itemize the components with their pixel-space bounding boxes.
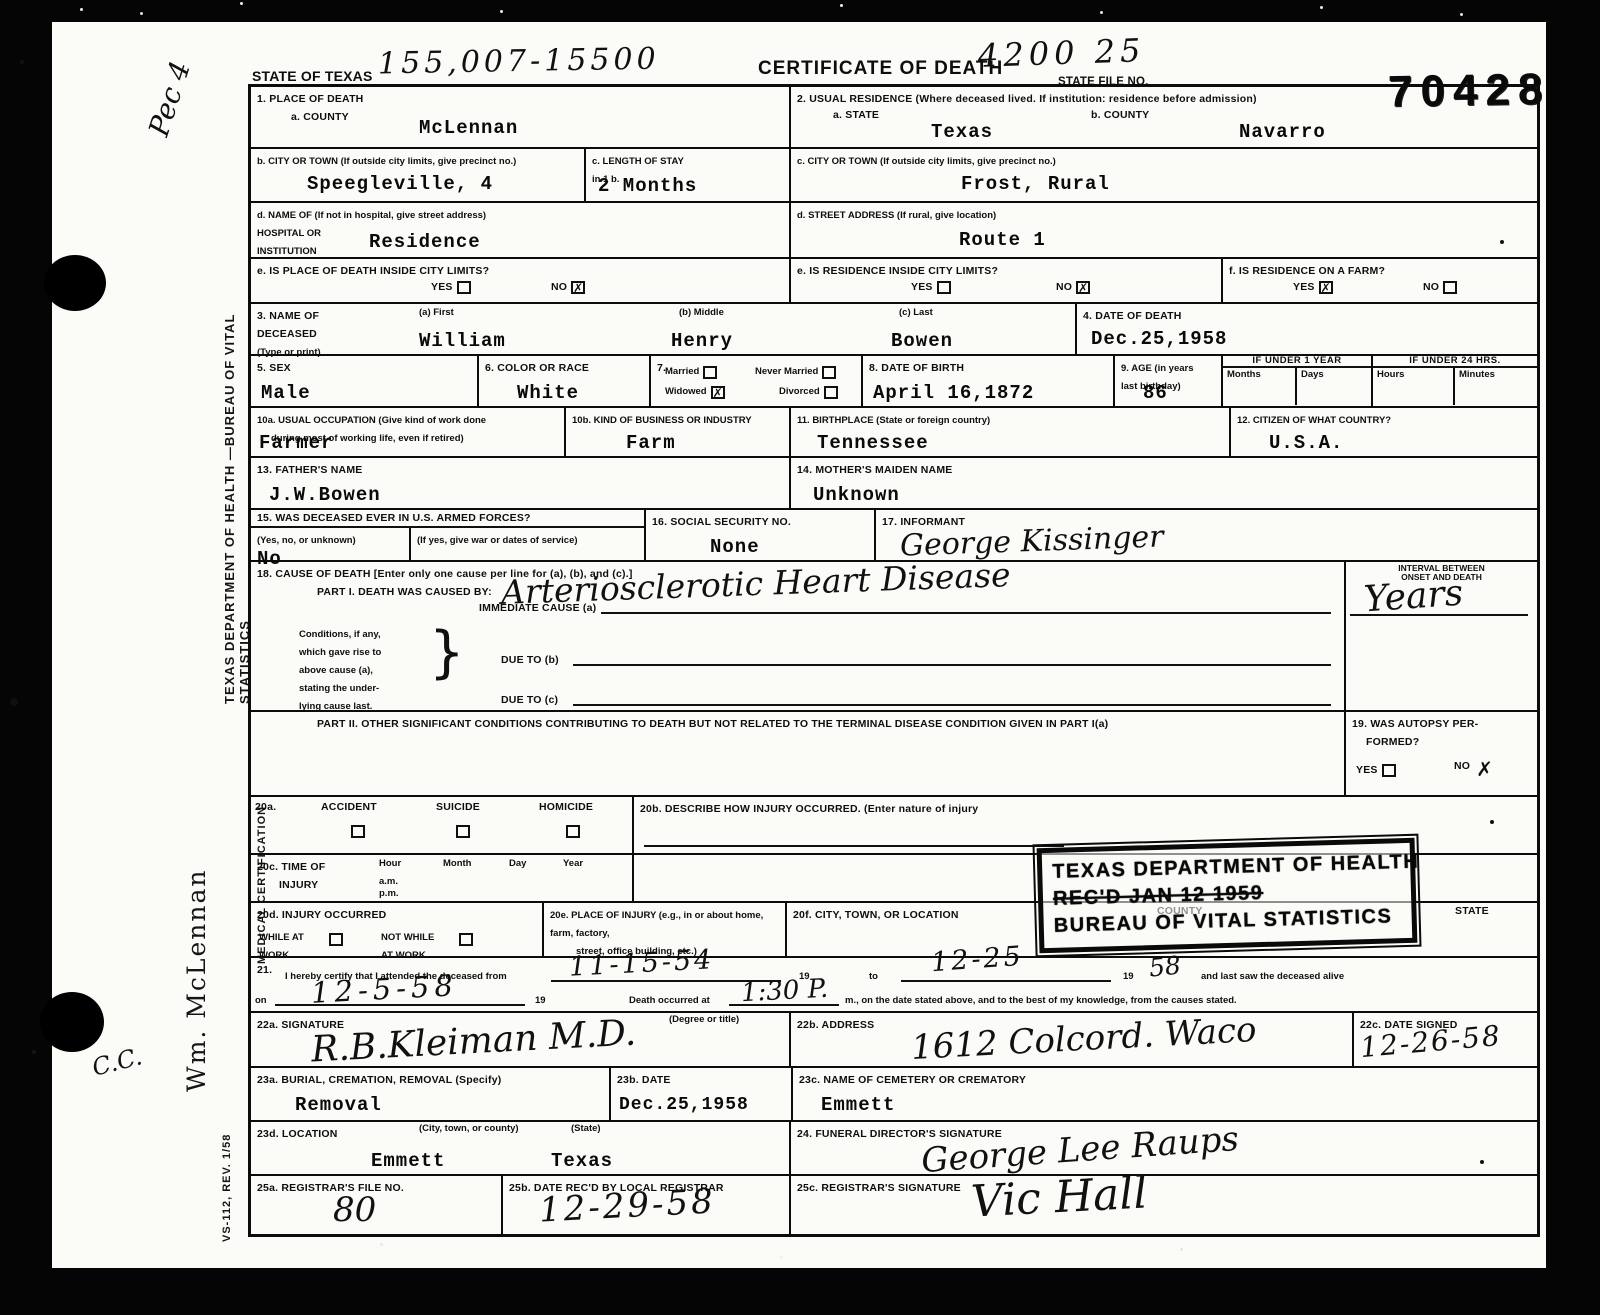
registrar-signature-label: 25c. REGISTRAR'S SIGNATURE <box>797 1182 961 1194</box>
conditions-brace: } <box>429 620 465 685</box>
under-24-hrs-label: IF UNDER 24 HRS. <box>1373 356 1537 368</box>
marital-divorced: Divorced <box>779 386 838 399</box>
under-1-year-cols: Months Days <box>1223 368 1371 405</box>
burial-location-label: 23d. LOCATION <box>257 1128 338 1140</box>
death-city-value: Speegleville, 4 <box>307 175 493 194</box>
hole-punch-top <box>44 255 106 311</box>
checkbox-suicide <box>456 825 470 838</box>
checkbox-not-while-at-work <box>459 933 473 946</box>
cert-year2-hw: 58 <box>1148 950 1183 982</box>
marital-married: Married <box>665 366 717 379</box>
burial-date-label: 23b. DATE <box>617 1074 671 1086</box>
birthplace-value: Tennessee <box>817 434 929 453</box>
residence-farm-label: f. IS RESIDENCE ON A FARM? <box>1229 265 1385 277</box>
street-address-label: d. STREET ADDRESS (If rural, give locati… <box>797 210 996 221</box>
field-race: 6. COLOR OR RACE White <box>479 356 651 406</box>
age-value: 86 <box>1143 384 1168 403</box>
field-informant: 17. INFORMANT George Kissinger <box>876 510 1537 560</box>
widowed-label: Widowed <box>665 387 707 397</box>
degree-label: (Degree or title) <box>669 1015 739 1025</box>
burial-date-value: Dec.25,1958 <box>619 1096 749 1114</box>
cert-from-value: 11-15-54 <box>568 944 715 983</box>
field-length-of-stay: c. LENGTH OF STAY in 1 b. 2 Months <box>586 149 791 201</box>
industry-value: Farm <box>626 434 676 453</box>
hospital-value: Residence <box>369 233 481 252</box>
middle-name-value: Henry <box>671 332 733 351</box>
due-to-b-line <box>573 664 1331 666</box>
day-label: Day <box>509 859 526 869</box>
autopsy-label2: FORMED? <box>1366 736 1419 748</box>
county-value: McLennan <box>419 119 518 138</box>
date-of-death-value: Dec.25,1958 <box>1091 330 1227 349</box>
burial-city-value: Emmett <box>371 1152 445 1171</box>
marital-widowed: Widowed✗ <box>665 386 725 399</box>
conditions-line2: which gave rise to <box>299 647 381 658</box>
row-name-dod: 3. NAME OF DECEASED (Type or print) (a) … <box>251 304 1537 356</box>
checkbox-while-at-work <box>329 933 343 946</box>
black-speckles <box>20 60 24 64</box>
mother-name-label: 14. MOTHER'S MAIDEN NAME <box>797 464 952 476</box>
ssn-value: None <box>710 538 760 557</box>
time-injury-label1: 20c. TIME OF <box>257 861 325 873</box>
field-burial-location: 23d. LOCATION (City, town, or county) (S… <box>251 1122 791 1174</box>
row-registrar: 25a. REGISTRAR'S FILE NO. 80 25b. DATE R… <box>251 1176 1537 1234</box>
residence-limits-no: NO✗ <box>1056 281 1090 294</box>
while-label1: WHILE AT <box>259 932 304 943</box>
field-registrar-file-no: 25a. REGISTRAR'S FILE NO. 80 <box>251 1176 503 1234</box>
handwritten-state-file-number: 4200 25 <box>977 31 1146 75</box>
checkbox-accident <box>351 825 365 838</box>
field-sex: 5. SEX Male <box>251 356 479 406</box>
part2-label: PART II. OTHER SIGNIFICANT CONDITIONS CO… <box>317 718 1108 730</box>
burial-type-value: Removal <box>295 1096 382 1115</box>
field-registrar-signature: 25c. REGISTRAR'S SIGNATURE Vic Hall <box>791 1176 1537 1234</box>
death-limits-no: NO✗ <box>551 281 585 294</box>
field-residence-city: c. CITY OR TOWN (If outside city limits,… <box>791 149 1537 201</box>
due-to-c-line <box>573 704 1331 706</box>
field-physician-signature: 22a. SIGNATURE (Degree or title) R.B.Kle… <box>251 1013 791 1066</box>
part1-label: PART I. DEATH WAS CAUSED BY: <box>317 586 492 598</box>
field-usual-residence: 2. USUAL RESIDENCE (Where deceased lived… <box>791 87 1537 147</box>
cert-on-label: on <box>255 996 267 1006</box>
length-of-stay-label: c. LENGTH OF STAY <box>592 156 684 167</box>
field-burial-date: 23b. DATE Dec.25,1958 <box>611 1068 793 1120</box>
residence-city-label: c. CITY OR TOWN (If outside city limits,… <box>797 156 1056 167</box>
occupation-value: Farmer <box>259 434 333 453</box>
field-if-under-24-hrs: IF UNDER 24 HRS. Hours Minutes <box>1373 356 1537 406</box>
hospital-label2: HOSPITAL OR <box>257 228 321 239</box>
injury-occurred-label: 20d. INJURY OCCURRED <box>257 909 386 921</box>
row-part2-autopsy: PART II. OTHER SIGNIFICANT CONDITIONS CO… <box>251 712 1537 797</box>
autopsy-label1: 19. WAS AUTOPSY PER- <box>1352 718 1478 730</box>
cemetery-name-value: Emmett <box>821 1096 895 1115</box>
checkbox-homicide <box>566 825 580 838</box>
ssn-label: 16. SOCIAL SECURITY NO. <box>652 516 791 528</box>
armed-forces-war: (If yes, give war or dates of service) <box>411 528 584 561</box>
notwhile-label1: NOT WHILE <box>381 932 434 943</box>
cert-year3: 19 <box>535 996 546 1006</box>
checkbox-farm-no <box>1443 281 1457 294</box>
death-city-label: b. CITY OR TOWN (If outside city limits,… <box>257 156 516 167</box>
citizen-value: U.S.A. <box>1269 434 1343 453</box>
field-name-of-deceased: 3. NAME OF DECEASED (Type or print) (a) … <box>251 304 1077 354</box>
field-place-of-death: 1. PLACE OF DEATH a. COUNTY McLennan <box>251 87 791 147</box>
field-industry: 10b. KIND OF BUSINESS OR INDUSTRY Farm <box>566 408 791 456</box>
row-place-residence: 1. PLACE OF DEATH a. COUNTY McLennan 2. … <box>251 87 1537 149</box>
days-label: Days <box>1297 368 1371 405</box>
burial-type-label: 23a. BURIAL, CREMATION, REMOVAL (Specify… <box>257 1074 501 1086</box>
no-label: NO <box>551 281 567 293</box>
last-name-value: Bowen <box>891 332 953 351</box>
injury-state-label: STATE <box>1455 905 1489 917</box>
race-value: White <box>517 384 579 403</box>
conditions-line3: above cause (a), <box>299 665 373 676</box>
row-burial: 23a. BURIAL, CREMATION, REMOVAL (Specify… <box>251 1068 1537 1122</box>
mother-name-value: Unknown <box>813 486 900 505</box>
suicide-label: SUICIDE <box>436 801 480 813</box>
registrar-date-value: 12-29-58 <box>538 1181 717 1230</box>
conditions-line1: Conditions, if any, <box>299 629 381 640</box>
marital-never: Never Married <box>755 366 836 379</box>
hour-label: Hour <box>379 859 401 869</box>
burial-location-sub2: (State) <box>571 1124 601 1134</box>
armed-forces-sub2: (If yes, give war or dates of service) <box>417 535 578 546</box>
checkbox-widowed: ✗ <box>711 386 725 399</box>
row-parents: 13. FATHER'S NAME J.W.Bowen 14. MOTHER'S… <box>251 458 1537 510</box>
hospital-label3: INSTITUTION <box>257 246 317 257</box>
row-burial-location: 23d. LOCATION (City, town, or county) (S… <box>251 1122 1537 1176</box>
field-cemetery-name: 23c. NAME OF CEMETERY OR CREMATORY Emmet… <box>793 1068 1537 1120</box>
place-of-death-label: 1. PLACE OF DEATH <box>257 93 363 105</box>
no-label: NO <box>1454 760 1470 772</box>
pm-label: p.m. <box>379 889 399 899</box>
residence-limits-yes: YES <box>911 281 951 294</box>
handwritten-certificate-number: 155,007-15500 <box>378 42 660 82</box>
residence-county-value: Navarro <box>1239 123 1326 142</box>
name-label2: DECEASED <box>257 328 317 340</box>
county-label: a. COUNTY <box>291 111 349 123</box>
cert-to-label: to <box>869 972 878 982</box>
burial-state-value: Texas <box>551 1152 613 1171</box>
checkbox-autopsy-no: ✗ <box>1474 760 1488 773</box>
death-limits-yes: YES <box>431 281 471 294</box>
field-armed-forces: 15. WAS DECEASED EVER IN U.S. ARMED FORC… <box>251 510 646 560</box>
immediate-cause-line <box>601 612 1331 614</box>
cert-death-at: Death occurred at <box>629 996 710 1006</box>
received-stamp: TEXAS DEPARTMENT OF HEALTH REC'D JAN 12 … <box>1037 838 1418 954</box>
registrar-file-value: 80 <box>333 1190 376 1230</box>
armed-forces-cols: (Yes, no, or unknown) No (If yes, give w… <box>251 528 644 561</box>
married-label: Married <box>665 367 699 377</box>
residence-state-label: a. STATE <box>833 109 879 121</box>
registrar-file-label: 25a. REGISTRAR'S FILE NO. <box>257 1182 404 1194</box>
row-physician-signature: 22a. SIGNATURE (Degree or title) R.B.Kle… <box>251 1013 1537 1068</box>
field-injury-occurred: 20d. INJURY OCCURRED WHILE AT WORK NOT W… <box>251 903 544 956</box>
row-occupation-birthplace: 10a. USUAL OCCUPATION (Give kind of work… <box>251 408 1537 458</box>
field-date-signed: 22c. DATE SIGNED 12-26-58 <box>1354 1013 1537 1066</box>
field-hospital: d. NAME OF (If not in hospital, give str… <box>251 203 791 257</box>
field-if-under-1-year: IF UNDER 1 YEAR Months Days <box>1223 356 1373 406</box>
armed-forces-answer: (Yes, no, or unknown) No <box>251 528 411 561</box>
cemetery-name-label: 23c. NAME OF CEMETERY OR CREMATORY <box>799 1074 1026 1086</box>
farm-no: NO <box>1423 281 1457 294</box>
field-date-of-birth: 8. DATE OF BIRTH April 16,1872 <box>863 356 1115 406</box>
row-sex-race-marital-birth: 5. SEX Male 6. COLOR OR RACE White 7. Ma… <box>251 356 1537 408</box>
conditions-line4: stating the under- <box>299 683 379 694</box>
length-of-stay-value: 2 Months <box>598 177 697 196</box>
field-physician-address: 22b. ADDRESS 1612 Colcord. Waco <box>791 1013 1354 1066</box>
residence-city-value: Frost, Rural <box>961 175 1110 194</box>
field-ssn: 16. SOCIAL SECURITY NO. None <box>646 510 876 560</box>
row-hospital-street: d. NAME OF (If not in hospital, give str… <box>251 203 1537 259</box>
state-of-texas-label: STATE OF TEXAS <box>252 68 373 84</box>
conditions-line5: lying cause last. <box>299 701 372 712</box>
margin-form-revision: VS-112, REV. 1/58 <box>221 1092 233 1242</box>
field-interval: INTERVAL BETWEEN ONSET AND DEATH Years <box>1346 562 1537 710</box>
field-death-city: b. CITY OR TOWN (If outside city limits,… <box>251 149 586 201</box>
yes-label: YES <box>431 281 453 293</box>
address-label: 22b. ADDRESS <box>797 1019 874 1031</box>
field-residence-farm: f. IS RESIDENCE ON A FARM? YES✗ NO <box>1223 259 1537 302</box>
field-time-of-injury: 20c. TIME OF INJURY Hour a.m. p.m. Month… <box>251 855 634 901</box>
field-marital-status: 7. Married Never Married Widowed✗ Divorc… <box>651 356 863 406</box>
father-name-value: J.W.Bowen <box>269 486 381 505</box>
divorced-label: Divorced <box>779 387 820 397</box>
row-certification: 21. I hereby certify that I attended the… <box>251 958 1537 1013</box>
farm-yes: YES✗ <box>1293 281 1333 294</box>
under-24-hrs-cols: Hours Minutes <box>1373 368 1537 405</box>
describe-injury-label: 20b. DESCRIBE HOW INJURY OCCURRED. (Ente… <box>640 803 978 815</box>
occupation-label1: 10a. USUAL OCCUPATION (Give kind of work… <box>257 415 486 426</box>
armed-forces-label: 15. WAS DECEASED EVER IN U.S. ARMED FORC… <box>251 510 644 528</box>
checkbox-death-limits-yes <box>457 281 471 294</box>
checkbox-divorced <box>824 386 838 399</box>
checkbox-death-limits-no: ✗ <box>571 281 585 294</box>
autopsy-no: NO✗ <box>1454 760 1488 773</box>
first-name-value: William <box>419 332 506 351</box>
checkbox-residence-limits-no: ✗ <box>1076 281 1090 294</box>
burial-location-sub1: (City, town, or county) <box>419 1124 519 1134</box>
hole-punch-bottom <box>40 992 104 1052</box>
residence-state-value: Texas <box>931 123 993 142</box>
first-name-label: (a) First <box>419 308 454 318</box>
time-injury-label2: INJURY <box>279 879 318 891</box>
citizen-label: 12. CITIZEN OF WHAT COUNTRY? <box>1237 415 1391 426</box>
immediate-cause-label: IMMEDIATE CAUSE (a) <box>479 602 596 614</box>
cert-tail1: and last saw the deceased alive <box>1201 972 1344 982</box>
field-burial-type: 23a. BURIAL, CREMATION, REMOVAL (Specify… <box>251 1068 611 1120</box>
am-label: a.m. <box>379 877 398 887</box>
field-cause-of-death: 18. CAUSE OF DEATH [Enter only one cause… <box>251 562 1346 710</box>
due-to-c-label: DUE TO (c) <box>501 694 558 706</box>
months-label: Months <box>1223 368 1297 405</box>
street-address-value: Route 1 <box>959 231 1046 250</box>
name-label1: 3. NAME OF <box>257 310 319 322</box>
cert-to-value: 12-25 <box>930 941 1025 978</box>
field-street-address: d. STREET ADDRESS (If rural, give locati… <box>791 203 1537 257</box>
registrar-signature-value: Vic Hall <box>970 1167 1149 1227</box>
yes-label: YES <box>1293 281 1315 293</box>
cert-time-line <box>729 1004 839 1006</box>
last-name-label: (c) Last <box>899 308 933 318</box>
field-residence-city-limits: e. IS RESIDENCE INSIDE CITY LIMITS? YES … <box>791 259 1223 302</box>
date-of-birth-value: April 16,1872 <box>873 384 1034 403</box>
physician-signature-value: R.B.Kleiman M.D. <box>310 1013 637 1071</box>
year-label: Year <box>563 859 583 869</box>
field-date-of-death: 4. DATE OF DEATH Dec.25,1958 <box>1077 304 1537 354</box>
field-mother-name: 14. MOTHER'S MAIDEN NAME Unknown <box>791 458 1537 508</box>
field-citizen: 12. CITIZEN OF WHAT COUNTRY? U.S.A. <box>1231 408 1537 456</box>
field-occupation: 10a. USUAL OCCUPATION (Give kind of work… <box>251 408 566 456</box>
checkbox-never-married <box>822 366 836 379</box>
physician-address-value: 1612 Colcord. Waco <box>910 1010 1257 1068</box>
row-cause-of-death: 18. CAUSE OF DEATH [Enter only one cause… <box>251 562 1537 712</box>
field-part2: PART II. OTHER SIGNIFICANT CONDITIONS CO… <box>251 712 1346 795</box>
field-autopsy: 19. WAS AUTOPSY PER- FORMED? YES NO✗ <box>1346 712 1537 795</box>
due-to-b-label: DUE TO (b) <box>501 654 559 666</box>
no-label: NO <box>1056 281 1072 293</box>
middle-name-label: (b) Middle <box>679 308 724 318</box>
usual-residence-label: 2. USUAL RESIDENCE (Where deceased lived… <box>797 93 1257 105</box>
field-funeral-director: 24. FUNERAL DIRECTOR'S SIGNATURE George … <box>791 1122 1537 1174</box>
checkbox-residence-limits-yes <box>937 281 951 294</box>
injury-line <box>644 845 1064 847</box>
margin-note-county: Wm. McLennan <box>182 722 211 1092</box>
father-name-label: 13. FATHER'S NAME <box>257 464 362 476</box>
death-certificate-form: 1. PLACE OF DEATH a. COUNTY McLennan 2. … <box>248 84 1540 1237</box>
under-1-year-label: IF UNDER 1 YEAR <box>1223 356 1371 368</box>
cert-year2: 19 <box>1123 972 1134 982</box>
cert-on-line <box>275 1004 525 1006</box>
injury-city-label: 20f. CITY, TOWN, OR LOCATION <box>793 909 959 921</box>
cert-tail2: m., on the date stated above, and to the… <box>845 996 1237 1006</box>
sex-label: 5. SEX <box>257 362 291 374</box>
interval-line <box>1350 614 1528 616</box>
accident-label: ACCIDENT <box>321 801 377 813</box>
yes-label: YES <box>1356 764 1378 776</box>
hours-label: Hours <box>1373 368 1455 405</box>
date-of-birth-label: 8. DATE OF BIRTH <box>869 362 964 374</box>
row-city-limits: e. IS PLACE OF DEATH INSIDE CITY LIMITS?… <box>251 259 1537 304</box>
hospital-label1: d. NAME OF (If not in hospital, give str… <box>257 210 486 221</box>
place-injury-label1: 20e. PLACE OF INJURY (e.g., in or about … <box>550 910 763 939</box>
race-label: 6. COLOR OR RACE <box>485 362 589 374</box>
date-of-death-label: 4. DATE OF DEATH <box>1083 310 1181 322</box>
field-father-name: 13. FATHER'S NAME J.W.Bowen <box>251 458 791 508</box>
checkbox-farm-yes: ✗ <box>1319 281 1333 294</box>
residence-city-limits-label: e. IS RESIDENCE INSIDE CITY LIMITS? <box>797 265 998 277</box>
birthplace-label: 11. BIRTHPLACE (State or foreign country… <box>797 415 990 426</box>
no-label: NO <box>1423 281 1439 293</box>
age-label1: 9. AGE (in years <box>1121 363 1194 374</box>
minutes-label: Minutes <box>1455 368 1537 405</box>
row-forces-ssn-informant: 15. WAS DECEASED EVER IN U.S. ARMED FORC… <box>251 510 1537 562</box>
field-accident-suicide-homicide: 20a. ACCIDENT SUICIDE HOMICIDE <box>251 797 634 853</box>
cert-number: 21. <box>257 964 272 976</box>
residence-county-label: b. COUNTY <box>1091 109 1149 121</box>
field-certification: 21. I hereby certify that I attended the… <box>251 958 1537 1011</box>
conditions-note: Conditions, if any, which gave rise to a… <box>299 624 381 714</box>
field-birthplace: 11. BIRTHPLACE (State or foreign country… <box>791 408 1231 456</box>
never-married-label: Never Married <box>755 367 818 377</box>
cert-to-line <box>901 980 1111 982</box>
field-20a-number: 20a. <box>255 801 276 813</box>
field-death-city-limits: e. IS PLACE OF DEATH INSIDE CITY LIMITS?… <box>251 259 791 302</box>
checkbox-autopsy-yes <box>1382 764 1396 777</box>
sex-value: Male <box>261 384 311 403</box>
autopsy-yes: YES <box>1356 764 1396 777</box>
white-speckles <box>80 8 83 11</box>
month-label: Month <box>443 859 472 869</box>
checkbox-married <box>703 366 717 379</box>
armed-forces-sub1: (Yes, no, or unknown) <box>257 535 356 546</box>
field-registrar-date: 25b. DATE REC'D BY LOCAL REGISTRAR 12-29… <box>503 1176 791 1234</box>
yes-label: YES <box>911 281 933 293</box>
row-city-town: b. CITY OR TOWN (If outside city limits,… <box>251 149 1537 203</box>
death-city-limits-label: e. IS PLACE OF DEATH INSIDE CITY LIMITS? <box>257 265 489 277</box>
industry-label: 10b. KIND OF BUSINESS OR INDUSTRY <box>572 415 752 426</box>
certificate-title: CERTIFICATE OF DEATH <box>758 58 1003 80</box>
homicide-label: HOMICIDE <box>539 801 593 813</box>
field-age: 9. AGE (in years last birthday) 86 <box>1115 356 1223 406</box>
